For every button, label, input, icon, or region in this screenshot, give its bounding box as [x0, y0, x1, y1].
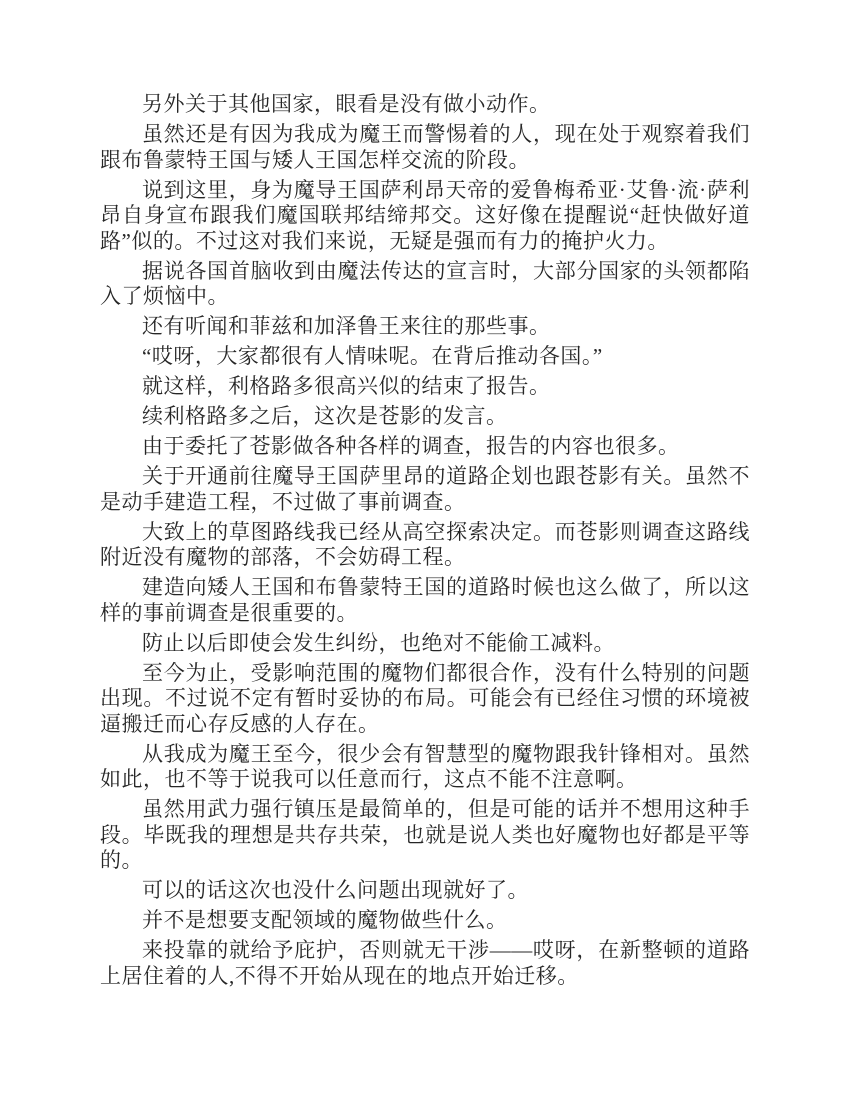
- paragraph: 建造向矮人王国和布鲁蒙特王国的道路时候也这么做了，所以这样的事前调查是很重要的。: [100, 575, 750, 626]
- paragraph: 大致上的草图路线我已经从高空探索决定。而苍影则调查这路线附近没有魔物的部落，不会…: [100, 520, 750, 571]
- paragraph-dialogue: “哎呀，大家都很有人情味呢。在背后推动各国。”: [100, 344, 750, 370]
- paragraph: 由于委托了苍影做各种各样的调查，报告的内容也很多。: [100, 434, 750, 460]
- paragraph: 说到这里，身为魔导王国萨利昂天帝的爱鲁梅希亚·艾鲁·流·萨利昂自身宣布跟我们魔国…: [100, 178, 750, 255]
- paragraph: 虽然还是有因为我成为魔王而警惕着的人，现在处于观察着我们跟布鲁蒙特王国与矮人王国…: [100, 122, 750, 173]
- paragraph: 另外关于其他国家，眼看是没有做小动作。: [100, 92, 750, 118]
- paragraph: 关于开通前往魔导王国萨里昂的道路企划也跟苍影有关。虽然不是动手建造工程，不过做了…: [100, 464, 750, 515]
- paragraph: 并不是想要支配领域的魔物做些什么。: [100, 908, 750, 934]
- paragraph: 至今为止，受影响范围的魔物们都很合作，没有什么特别的问题出现。不过说不定有暂时妥…: [100, 661, 750, 738]
- paragraph: 从我成为魔王至今，很少会有智慧型的魔物跟我针锋相对。虽然如此，也不等于说我可以任…: [100, 742, 750, 793]
- paragraph: 据说各国首脑收到由魔法传达的宣言时，大部分国家的头领都陷入了烦恼中。: [100, 259, 750, 310]
- paragraph: 防止以后即使会发生纠纷，也绝对不能偷工减料。: [100, 631, 750, 657]
- paragraph: 就这样，利格路多很高兴似的结束了报告。: [100, 374, 750, 400]
- paragraph: 虽然用武力强行镇压是最简单的，但是可能的话并不想用这种手段。毕既我的理想是共存共…: [100, 797, 750, 874]
- paragraph: 可以的话这次也没什么问题出现就好了。: [100, 878, 750, 904]
- paragraph: 续利格路多之后，这次是苍影的发言。: [100, 404, 750, 430]
- document-page: 另外关于其他国家，眼看是没有做小动作。 虽然还是有因为我成为魔王而警惕着的人，现…: [0, 0, 850, 1100]
- paragraph: 还有听闻和菲兹和加泽鲁王来往的那些事。: [100, 314, 750, 340]
- paragraph: 来投靠的就给予庇护，否则就无干涉——哎呀，在新整顿的道路上居住着的人,不得不开始…: [100, 938, 750, 989]
- novel-text-block: 另外关于其他国家，眼看是没有做小动作。 虽然还是有因为我成为魔王而警惕着的人，现…: [100, 92, 750, 989]
